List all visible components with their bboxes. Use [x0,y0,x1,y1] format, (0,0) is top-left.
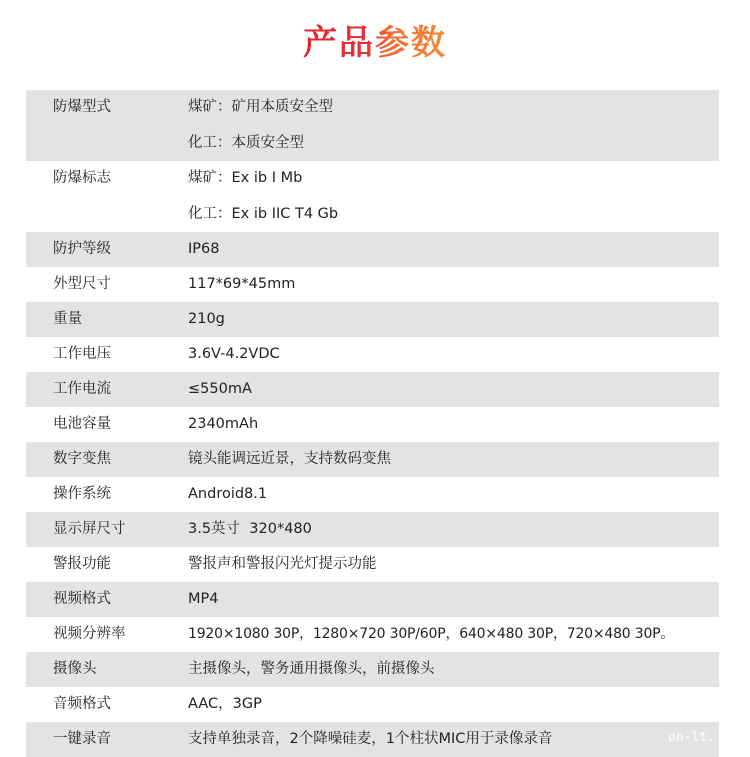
spec-label: 工作电流 [26,372,188,407]
spec-label: 视频分辨率 [26,617,188,652]
spec-value: 警报声和警报闪光灯提示功能 [188,547,719,582]
spec-label: 警报功能 [26,547,188,582]
spec-value: 210g [188,302,719,337]
spec-value: 支持单独录音，2个降噪硅麦，1个柱状MIC用于录像录音 [188,722,719,757]
spec-row-weight: 重量 210g [26,302,719,337]
spec-value: 煤矿：Ex ib I Mb 化工：Ex ib IIC T4 Gb [188,161,719,232]
spec-value: 2340mAh [188,407,719,442]
watermark: on-lt. [668,730,715,745]
spec-value: Android8.1 [188,477,719,512]
spec-label: 音频格式 [26,687,188,722]
spec-value: 镜头能调远近景，支持数码变焦 [188,442,719,477]
spec-row-voltage: 工作电压 3.6V-4.2VDC [26,337,719,372]
spec-label: 视频格式 [26,582,188,617]
spec-row-audio-format: 音频格式 AAC，3GP [26,687,719,722]
spec-row-camera: 摄像头 主摄像头，警务通用摄像头，前摄像头 [26,652,719,687]
spec-label: 一键录音 [26,722,188,757]
spec-row-battery: 电池容量 2340mAh [26,407,719,442]
spec-row-explosion-mark: 防爆标志 煤矿：Ex ib I Mb 化工：Ex ib IIC T4 Gb [26,161,719,232]
spec-table: 防爆型式 煤矿：矿用本质安全型 化工：本质安全型 防爆标志 煤矿：Ex ib I… [26,90,719,757]
spec-row-digital-zoom: 数字变焦 镜头能调远近景，支持数码变焦 [26,442,719,477]
spec-label: 操作系统 [26,477,188,512]
spec-label: 摄像头 [26,652,188,687]
spec-value: MP4 [188,582,719,617]
spec-label: 数字变焦 [26,442,188,477]
spec-label: 工作电压 [26,337,188,372]
spec-value: 3.6V-4.2VDC [188,337,719,372]
spec-row-dimensions: 外型尺寸 117*69*45mm [26,267,719,302]
spec-row-video-resolution: 视频分辨率 1920×1080 30P，1280×720 30P/60P，640… [26,617,719,652]
spec-row-alarm: 警报功能 警报声和警报闪光灯提示功能 [26,547,719,582]
spec-value: ≤550mA [188,372,719,407]
spec-row-protection-level: 防护等级 IP68 [26,232,719,267]
spec-label: 防护等级 [26,232,188,267]
spec-value: IP68 [188,232,719,267]
spec-value: 主摄像头，警务通用摄像头，前摄像头 [188,652,719,687]
spec-label: 防爆型式 [26,90,188,161]
spec-row-os: 操作系统 Android8.1 [26,477,719,512]
spec-value: AAC，3GP [188,687,719,722]
spec-row-one-key-recording: 一键录音 支持单独录音，2个降噪硅麦，1个柱状MIC用于录像录音 [26,722,719,757]
spec-row-screen-size: 显示屏尺寸 3.5英寸 320*480 [26,512,719,547]
spec-value: 煤矿：矿用本质安全型 化工：本质安全型 [188,90,719,161]
spec-label: 防爆标志 [26,161,188,232]
spec-label: 电池容量 [26,407,188,442]
spec-row-current: 工作电流 ≤550mA [26,372,719,407]
spec-label: 外型尺寸 [26,267,188,302]
spec-value: 3.5英寸 320*480 [188,512,719,547]
spec-label: 显示屏尺寸 [26,512,188,547]
spec-value: 117*69*45mm [188,267,719,302]
spec-row-explosion-type: 防爆型式 煤矿：矿用本质安全型 化工：本质安全型 [26,90,719,161]
spec-value: 1920×1080 30P，1280×720 30P/60P，640×480 3… [188,617,719,652]
spec-label: 重量 [26,302,188,337]
page-title: 产品参数 [303,18,447,68]
title-container: 产品参数 [0,18,750,68]
spec-row-video-format: 视频格式 MP4 [26,582,719,617]
